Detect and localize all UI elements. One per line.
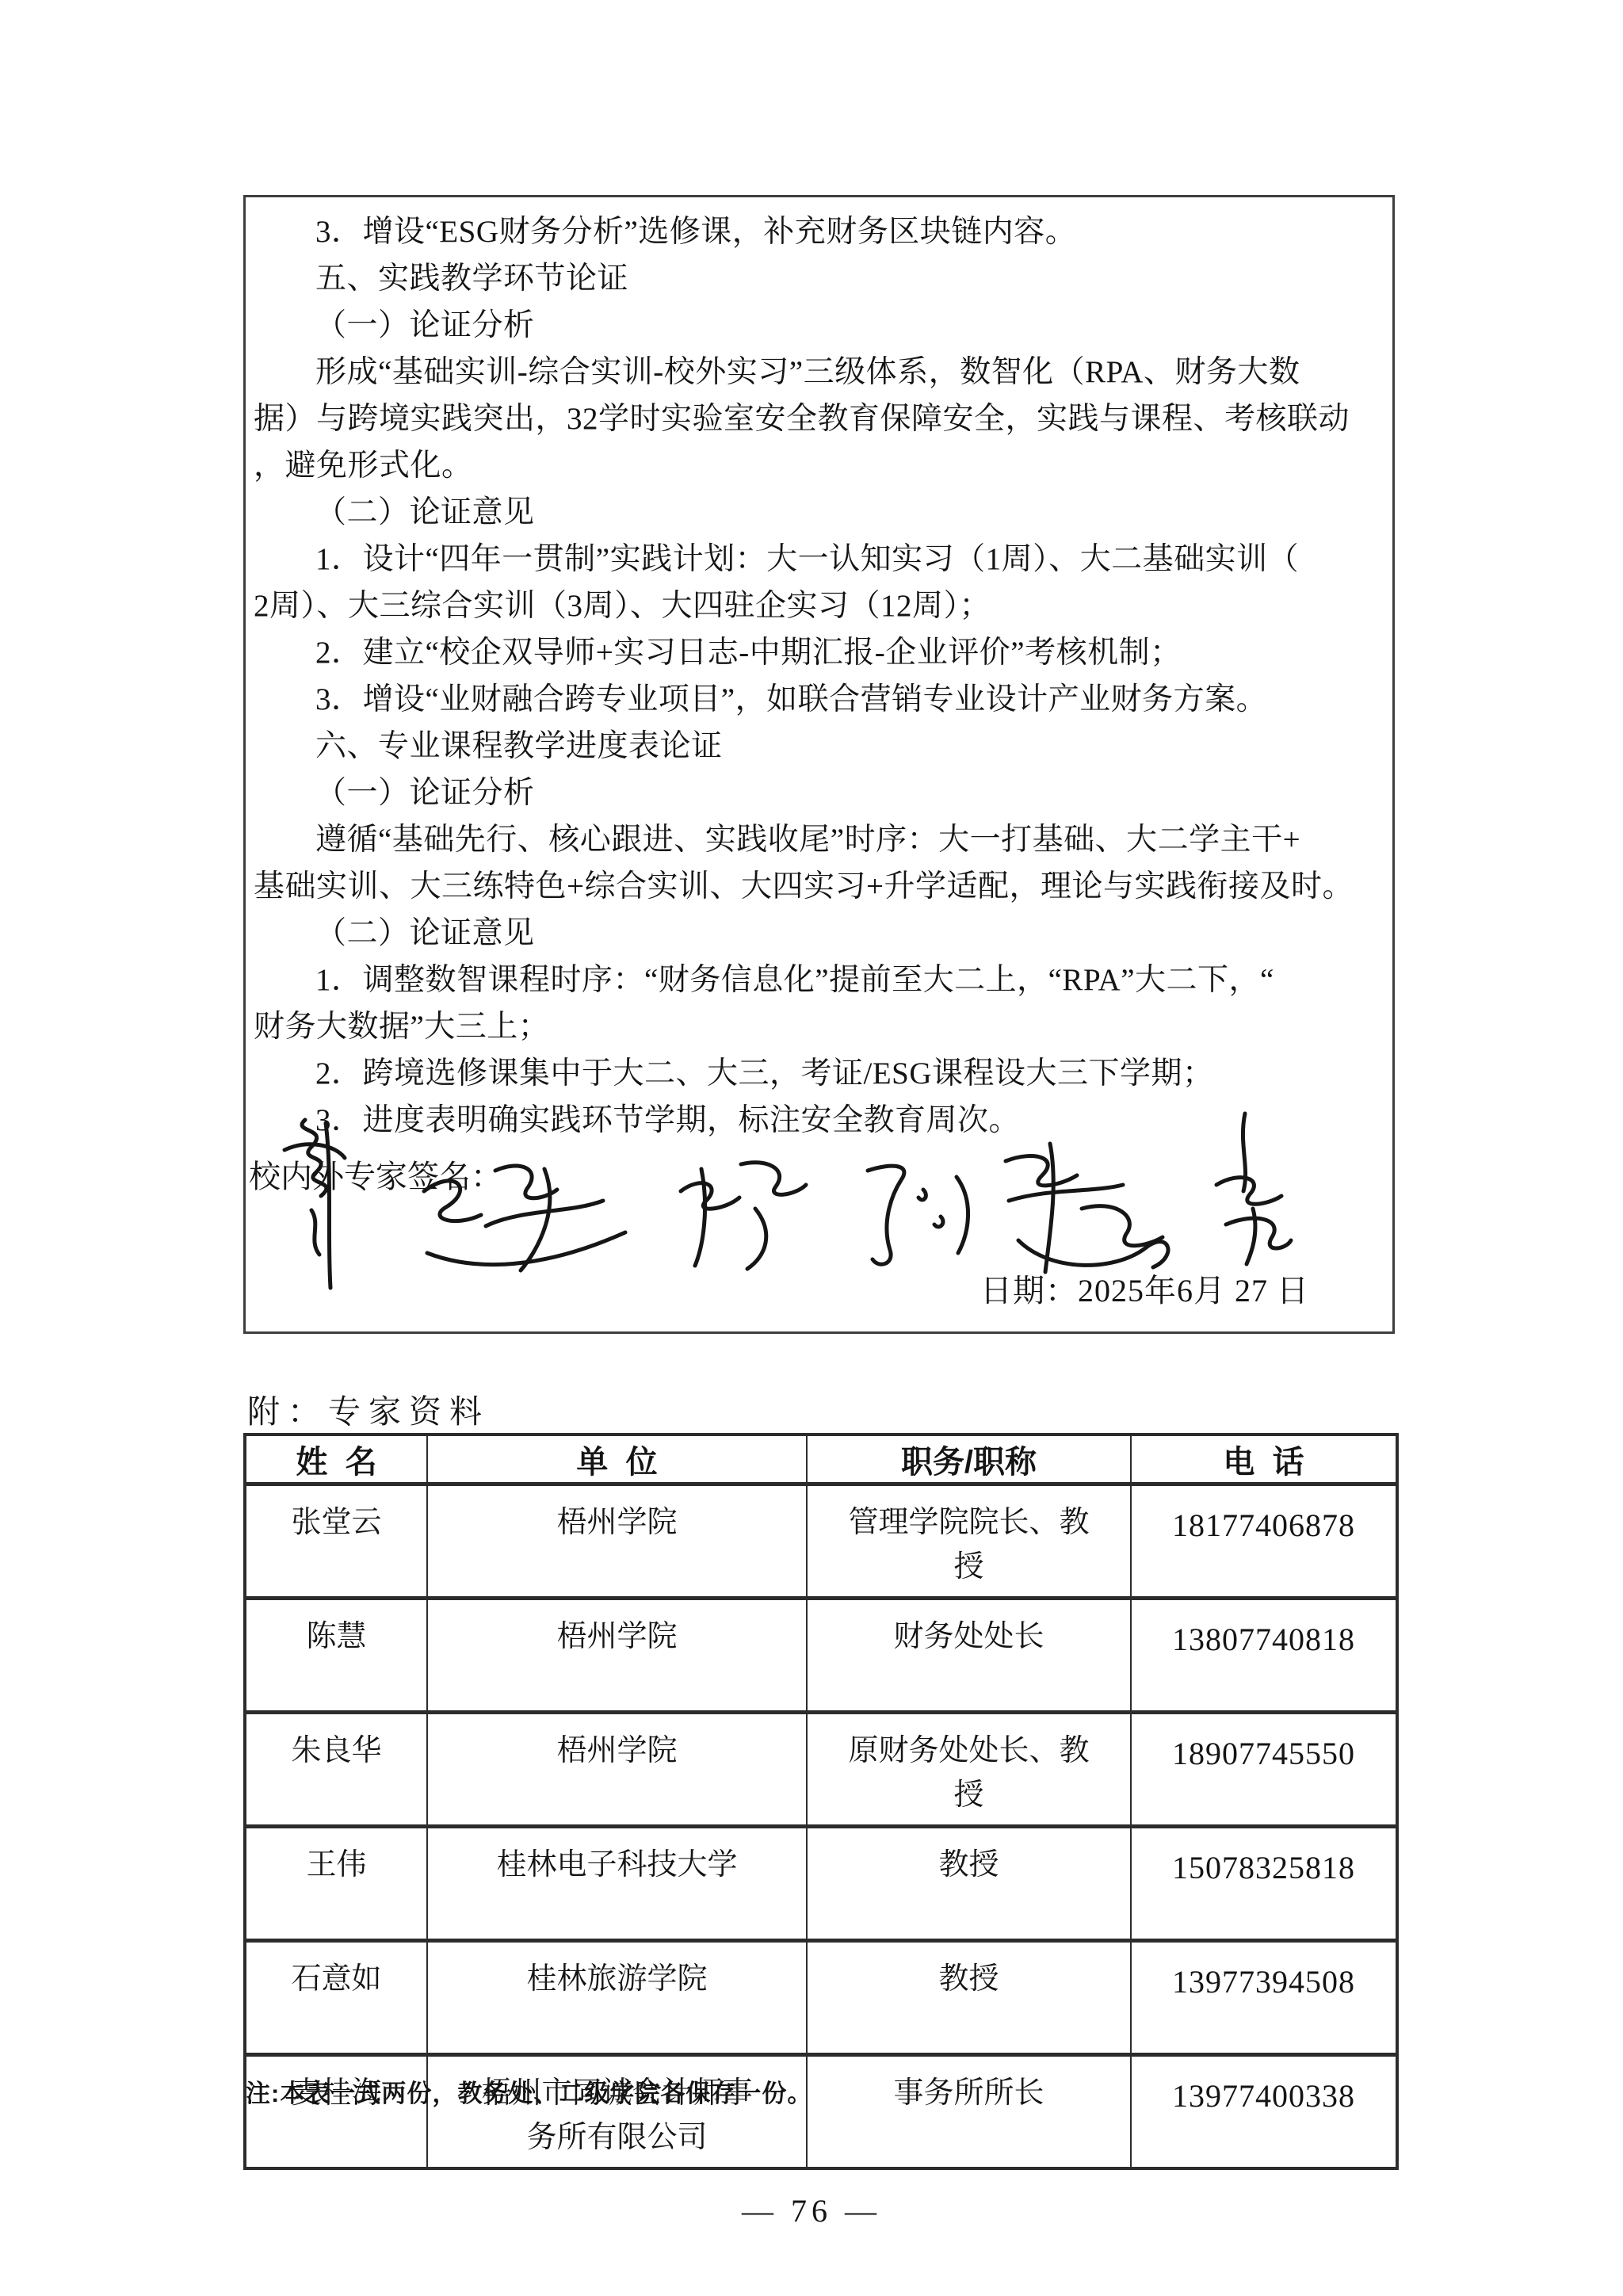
- table-row: 麦桂海 梧州市同诚会计师事务所有限公司 事务所所长 13977400338: [245, 2055, 1397, 2169]
- cell-org: 梧州市同诚会计师事务所有限公司: [427, 2055, 807, 2169]
- box-text-line: （一）论证分析: [254, 770, 1389, 816]
- cell-phone: 18907745550: [1131, 1713, 1397, 1827]
- cell-org: 梧州学院: [427, 1713, 807, 1827]
- box-text-line: 2．建立“校企双导师+实习日志-中期汇报-企业评价”考核机制；: [254, 629, 1389, 676]
- box-text-line: 1．设计“四年一贯制”实践计划：大一认知实习（1周）、大二基础实训（: [254, 536, 1389, 583]
- cell-title: 管理学院院长、教授: [807, 1484, 1131, 1599]
- signature-1: [285, 1120, 345, 1288]
- box-text-line: 基础实训、大三练特色+综合实训、大四实习+升学适配，理论与实践衔接及时。: [254, 863, 1389, 910]
- col-header-org: 单 位: [427, 1435, 807, 1484]
- cell-org: 梧州学院: [427, 1484, 807, 1599]
- cell-org: 桂林电子科技大学: [427, 1827, 807, 1941]
- cell-org: 梧州学院: [427, 1599, 807, 1713]
- col-header-phone: 电 话: [1131, 1435, 1397, 1484]
- box-text-line: 六、专业课程教学进度表论证: [254, 723, 1389, 770]
- cell-name: 麦桂海: [245, 2055, 427, 2169]
- signature-5: [1006, 1144, 1168, 1272]
- cell-title: 教授: [807, 1941, 1131, 2055]
- cell-phone: 13977394508: [1131, 1941, 1397, 2055]
- attachment-heading: 附：专家资料: [247, 1385, 490, 1432]
- cell-phone: 13807740818: [1131, 1599, 1397, 1713]
- box-text-line: （二）论证意见: [254, 910, 1389, 957]
- signature-3: [681, 1163, 806, 1269]
- box-text-line: 形成“基础实训-综合实训-校外实习”三级体系，数智化（RPA、财务大数: [254, 349, 1389, 395]
- box-text-line: 3．增设“ESG财务分析”选修课，补充财务区块链内容。: [254, 208, 1389, 255]
- table-row: 朱良华 梧州学院 原财务处处长、教授 18907745550: [245, 1713, 1397, 1827]
- box-text-line: （二）论证意见: [254, 489, 1389, 536]
- table-row: 石意如 桂林旅游学院 教授 13977394508: [245, 1941, 1397, 2055]
- signature-4: [868, 1166, 968, 1264]
- cell-title: 教授: [807, 1827, 1131, 1941]
- table-row: 王伟 桂林电子科技大学 教授 15078325818: [245, 1827, 1397, 1941]
- box-text-line: 五、实践教学环节论证: [254, 255, 1389, 302]
- date-line: 日期：2025年6月 27 日: [980, 1266, 1309, 1311]
- box-text-block: 3．增设“ESG财务分析”选修课，补充财务区块链内容。 五、实践教学环节论证 （…: [254, 208, 1389, 1144]
- cell-title: 原财务处处长、教授: [807, 1713, 1131, 1827]
- cell-org: 桂林旅游学院: [427, 1941, 807, 2055]
- box-text-line: 2周）、大三综合实训（3周）、大四驻企实习（12周）；: [254, 583, 1389, 629]
- cell-phone: 13977400338: [1131, 2055, 1397, 2169]
- cell-name: 石意如: [245, 1941, 427, 2055]
- cell-title: 财务处处长: [807, 1599, 1131, 1713]
- signature-6: [1216, 1114, 1291, 1264]
- table-header-row: 姓 名 单 位 职务/职称 电 话: [245, 1435, 1397, 1484]
- box-text-line: （一）论证分析: [254, 302, 1389, 349]
- col-header-title: 职务/职称: [807, 1435, 1131, 1484]
- document-page: 3．增设“ESG财务分析”选修课，补充财务区块链内容。 五、实践教学环节论证 （…: [0, 0, 1623, 2296]
- box-text-line: 财务大数据”大三上；: [254, 1003, 1389, 1050]
- box-text-line: 3．增设“业财融合跨专业项目”，如联合营销专业设计产业财务方案。: [254, 676, 1389, 723]
- page-number: — 76 —: [0, 2192, 1623, 2229]
- cell-phone: 18177406878: [1131, 1484, 1397, 1599]
- cell-name: 张堂云: [245, 1484, 427, 1599]
- box-text-line: ，避免形式化。: [254, 442, 1389, 489]
- cell-phone: 15078325818: [1131, 1827, 1397, 1941]
- main-content-box: 3．增设“ESG财务分析”选修课，补充财务区块链内容。 五、实践教学环节论证 （…: [243, 195, 1395, 1334]
- signature-2: [424, 1166, 625, 1270]
- cell-name: 朱良华: [245, 1713, 427, 1827]
- table-row: 陈慧 梧州学院 财务处处长 13807740818: [245, 1599, 1397, 1713]
- table-row: 张堂云 梧州学院 管理学院院长、教授 18177406878: [245, 1484, 1397, 1599]
- box-text-line: 2．跨境选修课集中于大二、大三，考证/ESG课程设大三下学期；: [254, 1050, 1389, 1097]
- cell-title: 事务所所长: [807, 2055, 1131, 2169]
- box-text-line: 遵循“基础先行、核心跟进、实践收尾”时序：大一打基础、大二学主干+: [254, 816, 1389, 863]
- experts-table: 姓 名 单 位 职务/职称 电 话 张堂云 梧州学院 管理学院院长、教授 181…: [243, 1433, 1399, 2170]
- cell-name: 王伟: [245, 1827, 427, 1941]
- box-text-line: 1．调整数智课程时序：“财务信息化”提前至大二上，“RPA”大二下，“: [254, 957, 1389, 1003]
- box-text-line: 据）与跨境实践突出，32学时实验室安全教育保障安全，实践与课程、考核联动: [254, 395, 1389, 442]
- cell-name: 陈慧: [245, 1599, 427, 1713]
- footnote: 注:本表一式两份，教务处、二级学院各保存一份。: [246, 2073, 812, 2109]
- col-header-name: 姓 名: [245, 1435, 427, 1484]
